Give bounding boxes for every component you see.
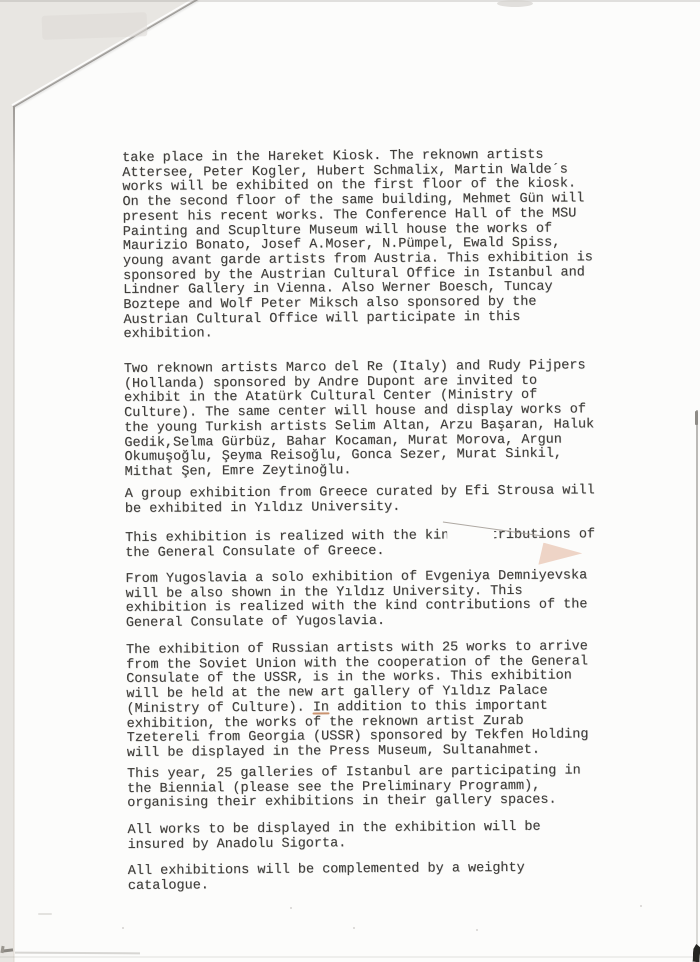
pen-underline-mark (313, 712, 330, 714)
paragraph-yugoslavia: From Yugoslavia a solo exhibition of Evg… (125, 569, 587, 631)
typewritten-text: take place in the Hareket Kiosk. The rek… (122, 148, 633, 902)
bottom-edge-shadow-wide (0, 956, 700, 958)
paragraph-insurance: All works to be displayed in the exhibit… (127, 821, 540, 854)
paper-speck (122, 927, 124, 929)
paper-speck (38, 913, 52, 915)
paper-speck (290, 907, 292, 909)
paragraph-austrian-artists: take place in the Hareket Kiosk. The rek… (122, 148, 593, 343)
paragraph-greece-exhibition: A group exhibition from Greece curated b… (125, 484, 595, 517)
paper-speck (640, 905, 642, 907)
paragraph-catalogue: All exhibitions will be complemented by … (128, 862, 525, 895)
bottom-left-scan-mark-2 (0, 946, 4, 953)
paragraph-akm-artists: Two reknown artists Marco del Re (Italy)… (124, 359, 595, 480)
paper-speck (476, 929, 478, 931)
scan-top-edge (0, 0, 700, 2)
paper-speck (353, 927, 355, 929)
scan-smudge-top (497, 0, 533, 7)
scan-right-edge-mark (695, 411, 698, 425)
scan-right-edge (696, 410, 698, 962)
paragraph-russian-artists: The exhibition of Russian artists with 2… (126, 640, 589, 761)
paragraph-galleries: This year, 25 galleries of Istanbul are … (127, 764, 581, 812)
corner-shadow-band (42, 12, 148, 40)
page-left-edge (13, 106, 15, 962)
